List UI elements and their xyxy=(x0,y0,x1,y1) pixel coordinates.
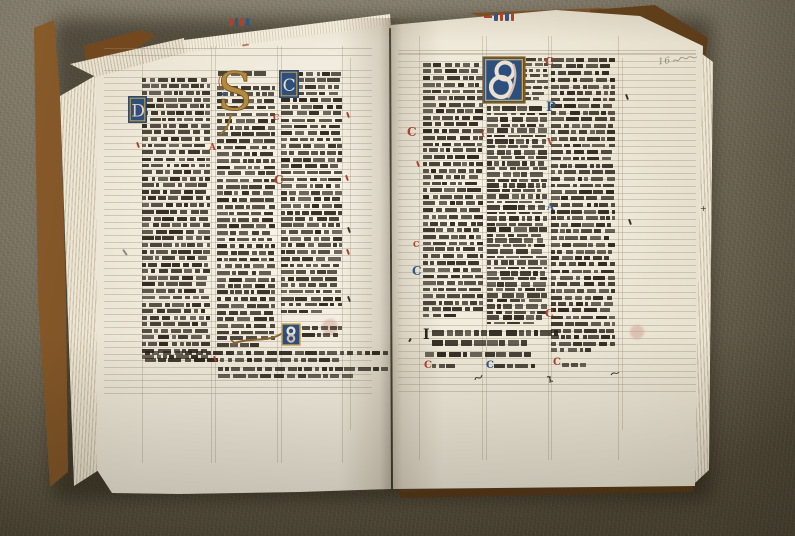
gothic-text-line xyxy=(425,352,547,357)
gothic-text-line xyxy=(217,171,275,175)
ruling-line-vertical xyxy=(211,46,212,463)
gothic-text-line xyxy=(142,263,210,267)
gothic-word xyxy=(307,223,319,227)
gothic-word xyxy=(526,330,531,336)
gothic-word xyxy=(170,190,181,194)
gothic-word xyxy=(558,71,566,75)
gothic-word xyxy=(281,98,290,102)
gothic-word xyxy=(330,164,338,168)
ruling-line-vertical xyxy=(342,46,343,463)
gothic-word xyxy=(556,289,561,293)
gothic-word xyxy=(293,171,305,175)
gothic-word xyxy=(297,250,308,254)
gothic-word xyxy=(437,281,444,285)
gothic-word xyxy=(533,86,543,89)
gothic-text-line xyxy=(487,223,547,226)
gothic-word xyxy=(423,116,431,120)
gothic-word xyxy=(599,58,607,62)
gothic-word xyxy=(526,304,539,309)
gothic-word xyxy=(327,151,336,155)
gothic-word xyxy=(281,264,288,268)
gothic-word xyxy=(152,351,159,355)
gothic-text-line xyxy=(281,197,342,201)
gothic-word xyxy=(250,258,259,262)
gothic-word xyxy=(542,139,547,144)
gothic-word xyxy=(423,268,435,272)
gothic-word xyxy=(281,290,287,294)
gothic-word xyxy=(331,131,340,135)
gothic-word xyxy=(193,250,201,254)
gothic-text-line xyxy=(551,130,615,134)
gothic-word xyxy=(281,138,287,142)
gothic-word xyxy=(476,195,483,199)
gothic-text-line xyxy=(551,111,615,115)
gothic-word xyxy=(228,171,241,175)
gothic-word xyxy=(496,288,503,291)
gothic-word xyxy=(508,145,518,148)
gothic-word xyxy=(433,195,438,199)
gothic-word xyxy=(270,146,275,150)
gothic-word xyxy=(253,139,263,143)
gothic-word xyxy=(217,264,221,268)
gothic-word xyxy=(429,148,438,152)
gothic-word xyxy=(244,264,250,268)
gothic-word xyxy=(318,250,330,254)
gothic-word xyxy=(308,243,315,247)
gothic-word xyxy=(497,256,504,259)
running-title-letter xyxy=(229,18,233,26)
gothic-word xyxy=(311,297,322,301)
gothic-word xyxy=(565,190,577,194)
gothic-word xyxy=(608,111,615,115)
penwork-initial-red: C xyxy=(424,361,432,371)
gothic-text-line xyxy=(281,119,342,123)
gothic-word xyxy=(474,63,480,67)
gothic-word xyxy=(295,351,304,355)
gothic-text-line xyxy=(281,283,342,287)
gothic-word xyxy=(460,208,468,212)
gothic-word xyxy=(289,151,294,155)
gothic-word xyxy=(338,303,342,307)
gothic-word xyxy=(563,157,571,161)
gothic-word xyxy=(323,297,333,301)
gothic-word xyxy=(340,351,344,355)
gothic-text-line xyxy=(423,228,483,232)
gothic-word xyxy=(508,135,520,138)
gothic-word xyxy=(149,303,161,307)
gothic-text-line xyxy=(281,171,342,175)
gothic-word xyxy=(611,85,615,89)
gothic-word xyxy=(436,83,441,87)
gothic-word xyxy=(205,177,210,181)
gothic-word xyxy=(536,194,540,199)
gothic-word xyxy=(423,83,435,87)
gothic-word xyxy=(478,148,483,152)
gothic-text-line xyxy=(217,218,275,222)
gothic-word xyxy=(333,111,341,115)
gothic-word xyxy=(439,235,449,239)
gothic-word xyxy=(608,124,613,128)
gothic-word xyxy=(566,58,575,62)
gothic-word xyxy=(557,250,563,254)
gothic-word xyxy=(470,301,478,305)
gothic-word xyxy=(239,231,248,235)
gothic-text-line xyxy=(487,106,547,111)
gothic-word xyxy=(279,351,292,355)
gothic-word xyxy=(151,164,164,168)
gothic-word xyxy=(583,111,588,115)
gothic-word xyxy=(551,243,560,247)
ruling-line-vertical xyxy=(277,46,278,463)
gothic-word xyxy=(142,296,155,300)
gothic-word xyxy=(582,124,591,128)
gothic-word xyxy=(543,216,547,221)
gothic-word xyxy=(570,137,578,141)
gothic-text-line xyxy=(423,76,483,80)
gothic-word xyxy=(515,364,528,368)
gothic-word xyxy=(257,106,266,110)
gothic-word xyxy=(487,234,493,237)
gothic-word xyxy=(519,201,532,204)
gothic-word xyxy=(217,244,227,248)
gothic-word xyxy=(158,358,166,362)
gothic-text-line xyxy=(142,111,210,115)
gothic-word xyxy=(499,216,506,221)
gothic-word xyxy=(496,311,501,314)
gothic-word xyxy=(162,217,174,221)
gothic-word xyxy=(201,124,210,128)
gothic-word xyxy=(182,177,188,181)
gothic-word xyxy=(433,288,438,292)
gothic-word xyxy=(142,196,146,200)
gothic-word xyxy=(572,216,583,220)
gothic-word xyxy=(163,322,175,326)
gothic-word xyxy=(480,254,483,258)
gothic-word xyxy=(335,191,342,195)
gothic-text-line xyxy=(142,256,210,260)
gothic-word xyxy=(551,196,560,200)
gothic-word xyxy=(577,98,590,102)
gothic-word xyxy=(262,231,270,235)
gothic-word xyxy=(151,190,160,194)
gothic-word xyxy=(517,167,529,170)
gothic-word xyxy=(330,283,337,287)
gothic-word xyxy=(487,304,495,309)
gothic-word xyxy=(533,167,538,170)
gothic-word xyxy=(434,155,445,159)
gothic-word xyxy=(154,158,163,162)
gothic-word xyxy=(511,271,518,276)
gothic-word xyxy=(162,118,166,122)
gothic-word xyxy=(281,119,289,123)
gothic-word xyxy=(248,159,254,163)
gothic-word xyxy=(217,224,227,228)
gothic-word xyxy=(197,243,203,247)
gothic-word xyxy=(281,230,286,234)
gothic-word xyxy=(243,367,254,371)
gothic-word xyxy=(524,150,535,155)
gothic-text-line xyxy=(487,256,547,259)
gothic-word xyxy=(142,217,151,221)
gothic-word xyxy=(530,311,535,314)
gothic-word xyxy=(603,104,613,108)
gothic-text-line xyxy=(217,258,275,262)
gothic-word xyxy=(532,92,544,95)
gothic-word xyxy=(576,302,583,306)
gothic-word xyxy=(494,161,499,166)
gothic-word xyxy=(560,164,567,168)
gothic-word xyxy=(516,293,524,298)
gothic-word xyxy=(296,243,305,247)
gothic-word xyxy=(487,135,492,138)
gothic-word xyxy=(564,124,569,128)
gothic-word xyxy=(438,268,450,272)
gothic-text-line xyxy=(281,125,342,129)
gothic-word xyxy=(296,270,306,274)
gothic-word xyxy=(269,205,275,209)
gothic-word xyxy=(326,138,330,142)
ruling-line-horizontal xyxy=(398,338,696,339)
gothic-text-line xyxy=(487,161,547,166)
gothic-word xyxy=(142,263,146,267)
ruling-guide-horizontal xyxy=(398,53,696,54)
gothic-word xyxy=(503,304,512,309)
gothic-word xyxy=(302,326,310,330)
gothic-word xyxy=(295,217,305,221)
gothic-word xyxy=(148,342,157,346)
gothic-word xyxy=(206,316,210,320)
gothic-word xyxy=(596,130,605,134)
gothic-word xyxy=(540,271,544,276)
gothic-word xyxy=(332,230,341,234)
gothic-word xyxy=(296,303,301,307)
gothic-word xyxy=(551,164,558,168)
gothic-word xyxy=(459,69,468,73)
gothic-word xyxy=(511,128,515,133)
gothic-word xyxy=(142,342,146,346)
ruling-line-horizontal xyxy=(104,393,372,394)
gothic-word xyxy=(201,309,206,313)
gothic-word xyxy=(576,276,580,280)
gothic-word xyxy=(217,152,229,156)
ruling-line-horizontal xyxy=(398,245,696,246)
gothic-word xyxy=(195,329,208,333)
gothic-word xyxy=(521,340,527,346)
gothic-word xyxy=(507,364,513,368)
gothic-text-line xyxy=(281,131,342,135)
gothic-word xyxy=(557,210,570,214)
gothic-word xyxy=(517,260,527,265)
gothic-word xyxy=(173,170,182,174)
ruling-line-horizontal xyxy=(398,285,696,286)
gothic-word xyxy=(551,117,564,121)
gothic-text-line xyxy=(551,85,615,89)
gothic-word xyxy=(239,244,244,248)
gothic-word xyxy=(186,236,193,240)
gothic-word xyxy=(148,196,156,200)
gothic-word xyxy=(487,117,498,122)
gothic-word xyxy=(334,204,342,208)
gothic-word xyxy=(596,78,607,82)
gothic-word xyxy=(290,237,301,241)
gothic-word xyxy=(579,130,586,134)
gothic-word xyxy=(487,139,493,144)
gothic-word xyxy=(142,250,147,254)
gothic-word xyxy=(609,58,615,62)
gothic-word xyxy=(335,290,341,294)
gothic-word xyxy=(206,335,210,339)
gothic-text-line xyxy=(142,91,210,95)
gothic-word xyxy=(239,258,247,262)
gothic-word xyxy=(583,270,591,274)
gothic-word xyxy=(281,191,287,195)
gothic-word xyxy=(579,190,592,194)
gothic-word xyxy=(328,257,340,261)
gothic-word xyxy=(256,244,263,248)
gothic-text-line xyxy=(551,117,615,121)
gothic-word xyxy=(334,85,338,89)
gothic-word xyxy=(423,76,430,80)
gothic-text-line xyxy=(142,282,210,286)
gothic-word xyxy=(163,243,171,247)
gothic-word xyxy=(181,243,186,247)
gothic-word xyxy=(281,237,288,241)
gothic-word xyxy=(514,311,526,314)
gothic-word xyxy=(272,86,275,90)
gothic-word xyxy=(323,290,331,294)
gothic-word xyxy=(503,172,511,177)
gothic-word xyxy=(515,156,525,159)
gothic-word xyxy=(318,243,331,247)
gothic-text-line xyxy=(142,322,210,326)
gothic-word xyxy=(168,118,175,122)
gothic-word xyxy=(156,250,168,254)
gothic-text-line xyxy=(487,201,547,204)
gothic-word xyxy=(298,197,310,201)
gothic-word xyxy=(610,117,615,121)
gothic-word xyxy=(596,316,607,320)
gothic-word xyxy=(457,109,464,113)
gothic-word xyxy=(329,217,338,221)
gothic-text-line xyxy=(281,138,342,142)
gothic-word xyxy=(180,210,187,214)
gothic-text-line xyxy=(423,261,483,265)
gothic-word xyxy=(161,84,167,88)
gothic-word xyxy=(609,144,615,148)
gothic-text-line xyxy=(432,364,478,368)
gothic-word xyxy=(494,364,505,368)
gothic-text-line xyxy=(487,145,547,148)
gothic-word xyxy=(229,238,235,242)
gothic-word xyxy=(281,131,292,135)
gothic-word xyxy=(551,184,555,188)
gothic-word xyxy=(182,144,193,148)
gothic-word xyxy=(156,289,167,293)
gothic-word xyxy=(587,150,599,154)
gothic-word xyxy=(446,148,450,152)
gothic-word xyxy=(153,223,159,227)
gothic-word xyxy=(142,177,148,181)
gothic-text-line xyxy=(487,156,547,159)
gothic-word xyxy=(281,297,294,301)
gothic-word xyxy=(567,91,576,95)
gothic-word xyxy=(217,191,223,195)
gothic-word xyxy=(560,85,569,89)
gothic-word xyxy=(505,282,517,287)
gothic-word xyxy=(573,157,580,161)
gothic-word xyxy=(250,297,257,301)
gothic-word xyxy=(217,290,228,294)
gothic-word xyxy=(179,91,183,95)
penwork-initial-red: C xyxy=(545,56,554,67)
gothic-word xyxy=(457,188,466,192)
gothic-word xyxy=(191,124,198,128)
gothic-word xyxy=(206,196,210,200)
gothic-word xyxy=(217,139,224,143)
gothic-word xyxy=(461,175,465,179)
gothic-text-line xyxy=(142,104,210,108)
running-title-letter xyxy=(494,13,498,21)
gothic-word xyxy=(445,208,457,212)
gothic-word xyxy=(523,322,533,325)
gothic-text-line xyxy=(217,198,275,202)
gothic-word xyxy=(454,96,465,100)
gothic-word xyxy=(487,282,496,287)
gothic-word xyxy=(445,69,457,73)
gothic-word xyxy=(596,243,605,247)
gothic-word xyxy=(580,363,586,367)
gothic-word xyxy=(142,130,152,134)
running-title-letter xyxy=(235,18,239,26)
gothic-word xyxy=(281,164,289,168)
gothic-word xyxy=(237,238,249,242)
gothic-word xyxy=(430,188,442,192)
gothic-word xyxy=(594,229,602,233)
gothic-word xyxy=(238,251,249,255)
gothic-word xyxy=(500,271,510,276)
gothic-word xyxy=(434,129,439,133)
gothic-word xyxy=(558,308,569,312)
ruling-line-horizontal xyxy=(398,160,696,161)
gothic-word xyxy=(434,175,444,179)
gothic-word xyxy=(585,296,591,300)
gothic-text-line xyxy=(142,190,210,194)
running-title-letter xyxy=(240,18,244,26)
gothic-word xyxy=(252,191,261,195)
gothic-word xyxy=(263,159,269,163)
gothic-word xyxy=(262,146,267,150)
gothic-text-line xyxy=(281,310,342,314)
gothic-text-line xyxy=(494,364,542,368)
gothic-word xyxy=(281,211,285,215)
gothic-word xyxy=(271,244,275,248)
gothic-word xyxy=(167,309,180,313)
gothic-word xyxy=(487,299,493,302)
gothic-word xyxy=(186,303,190,307)
gothic-text-line xyxy=(142,203,210,207)
gothic-word xyxy=(516,139,524,144)
gothic-word xyxy=(502,161,506,166)
gothic-word xyxy=(475,275,483,279)
gothic-word xyxy=(237,351,242,355)
gothic-word xyxy=(571,223,581,227)
gothic-word xyxy=(487,189,500,192)
gothic-word xyxy=(439,169,447,173)
gothic-word xyxy=(187,158,194,162)
gothic-word xyxy=(579,170,590,174)
gothic-text-line xyxy=(217,290,275,294)
gothic-word xyxy=(267,238,272,242)
